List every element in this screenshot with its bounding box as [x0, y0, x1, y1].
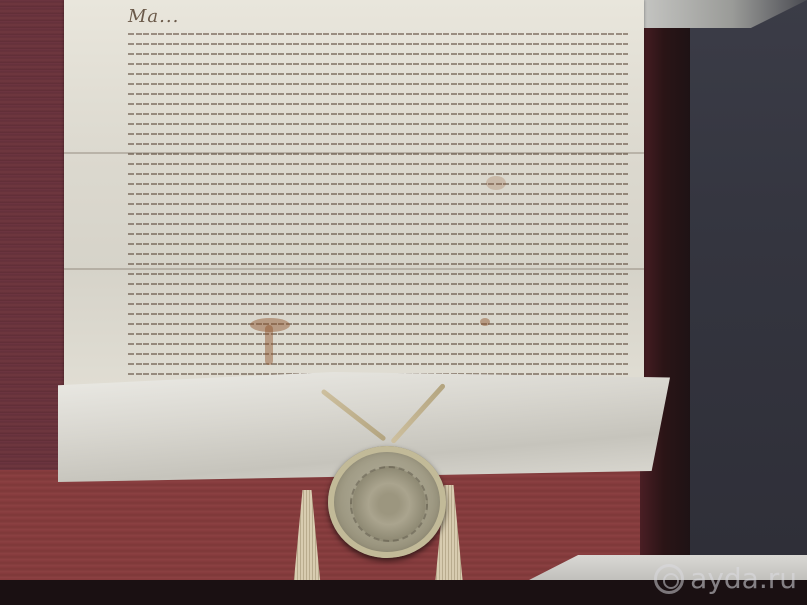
- document-initial: Ma...: [128, 6, 179, 27]
- ink-stain: [265, 325, 273, 365]
- seal-rosette-emblem: [350, 466, 428, 542]
- watermark: ayda.ru: [654, 562, 797, 595]
- watermark-text: ayda.ru: [690, 562, 797, 595]
- display-case-glass: [690, 0, 807, 605]
- stain: [486, 176, 506, 190]
- handwritten-text-block: [128, 28, 628, 378]
- museum-display-photo: Ma... ayda.ru: [0, 0, 807, 605]
- wax-seal: [328, 446, 446, 558]
- spiral-sun-icon: [654, 564, 684, 594]
- hole-stain: [480, 318, 490, 326]
